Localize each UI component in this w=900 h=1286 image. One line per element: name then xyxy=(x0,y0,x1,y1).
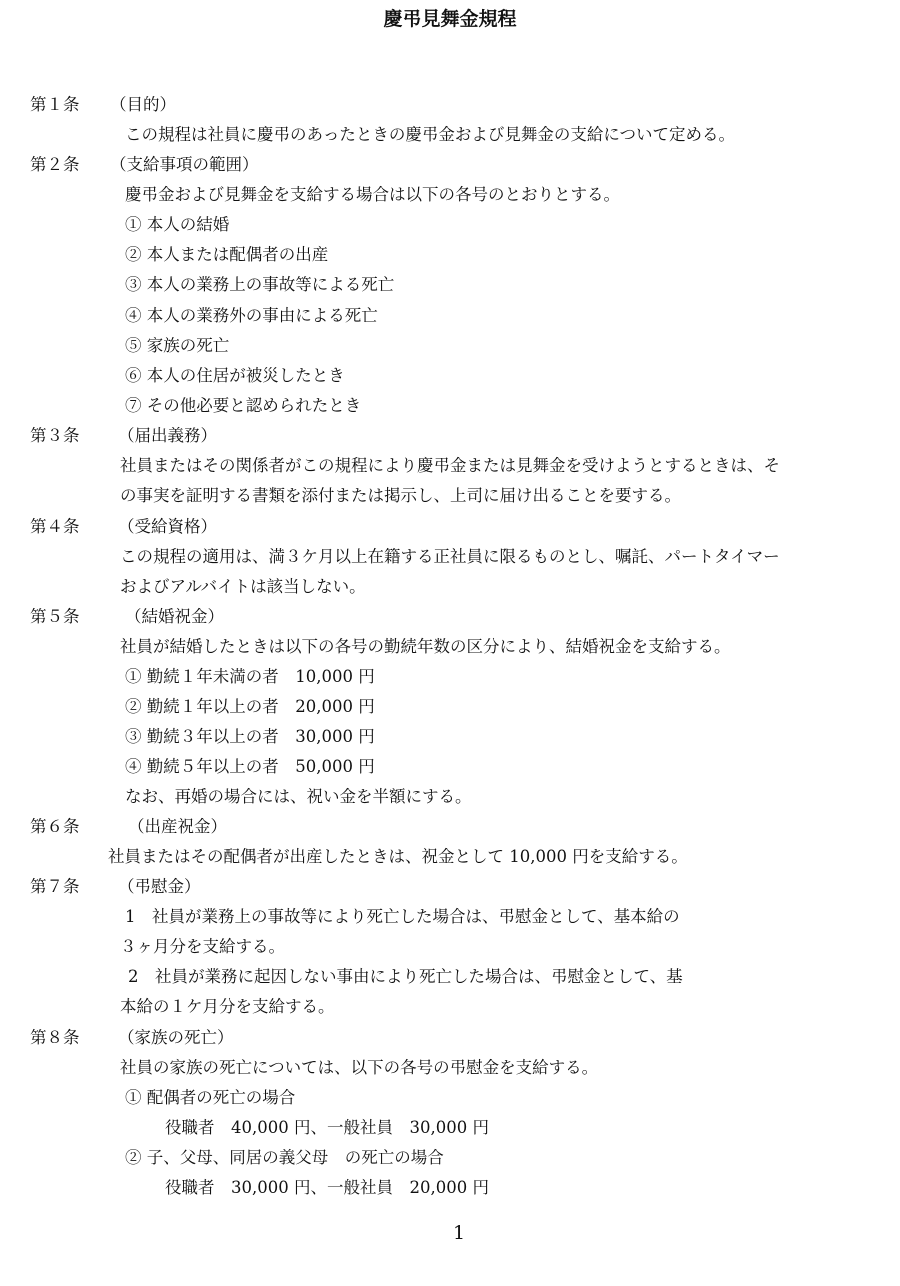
article-5-heading: （結婚祝金） xyxy=(125,607,224,627)
article-3-number: 第３条 xyxy=(30,426,80,446)
article-6-text: 社員またはその配偶者が出産したときは、祝金として 10,000 円を支給する。 xyxy=(108,847,688,867)
article-5-text: 社員が結婚したときは以下の各号の勤続年数の区分により、結婚祝金を支給する。 xyxy=(120,637,731,657)
article-4-number: 第４条 xyxy=(30,517,80,537)
document-page: 慶弔見舞金規程 第１条 （目的） この規程は社員に慶弔のあったときの慶弔金および… xyxy=(0,0,900,1286)
article-7-clause-2-line-1: 2 社員が業務に起因しない事由により死亡した場合は、弔慰金として、基 xyxy=(128,967,683,987)
article-1-number: 第１条 xyxy=(30,95,80,115)
article-8-item-1-amounts: 役職者 40,000 円、一般社員 30,000 円 xyxy=(165,1118,489,1138)
article-1-text: この規程は社員に慶弔のあったときの慶弔金および見舞金の支給について定める。 xyxy=(125,125,735,145)
article-4-heading: （受給資格） xyxy=(118,517,217,537)
article-7-heading: （弔慰金） xyxy=(118,877,201,897)
article-2-heading: （支給事項の範囲） xyxy=(110,155,259,175)
article-2-item-7: ⑦ その他必要と認められたとき xyxy=(125,396,361,416)
article-8-item-2-amounts: 役職者 30,000 円、一般社員 20,000 円 xyxy=(165,1178,489,1198)
article-2-item-6: ⑥ 本人の住居が被災したとき xyxy=(125,366,345,386)
article-7-clause-2-line-2: 本給の１ケ月分を支給する。 xyxy=(120,997,335,1017)
article-8-item-1: ① 配偶者の死亡の場合 xyxy=(125,1088,295,1108)
article-5-number: 第５条 xyxy=(30,607,80,627)
article-2-number: 第２条 xyxy=(30,155,80,175)
article-5-item-3: ③ 勤続３年以上の者 30,000 円 xyxy=(125,727,375,747)
article-4-text-line-1: この規程の適用は、満３ケ月以上在籍する正社員に限るものとし、嘱託、パートタイマー xyxy=(120,547,780,567)
article-3-text-line-1: 社員またはその関係者がこの規程により慶弔金または見舞金を受けようとするときは、そ xyxy=(120,456,780,476)
article-8-number: 第８条 xyxy=(30,1028,80,1048)
article-5-note: なお、再婚の場合には、祝い金を半額にする。 xyxy=(125,787,472,807)
article-2-item-4: ④ 本人の業務外の事由による死亡 xyxy=(125,306,378,326)
article-3-heading: （届出義務） xyxy=(118,426,217,446)
page-number: 1 xyxy=(0,1222,900,1244)
article-7-number: 第７条 xyxy=(30,877,80,897)
article-8-item-2: ② 子、父母、同居の義父母 の死亡の場合 xyxy=(125,1148,444,1168)
article-2-item-2: ② 本人または配偶者の出産 xyxy=(125,245,328,265)
article-6-heading: （出産祝金） xyxy=(128,817,227,837)
article-7-clause-1-line-1: 1 社員が業務上の事故等により死亡した場合は、弔慰金として、基本給の xyxy=(125,907,680,927)
article-2-item-1: ① 本人の結婚 xyxy=(125,215,229,235)
article-5-item-4: ④ 勤続５年以上の者 50,000 円 xyxy=(125,757,375,777)
document-title: 慶弔見舞金規程 xyxy=(0,4,900,31)
article-7-clause-1-line-2: ３ヶ月分を支給する。 xyxy=(120,937,285,957)
article-3-text-line-2: の事実を証明する書類を添付または掲示し、上司に届け出ることを要する。 xyxy=(120,486,681,506)
article-5-item-1: ① 勤続１年未満の者 10,000 円 xyxy=(125,667,375,687)
article-8-heading: （家族の死亡） xyxy=(118,1028,234,1048)
article-6-number: 第６条 xyxy=(30,817,80,837)
article-2-item-3: ③ 本人の業務上の事故等による死亡 xyxy=(125,275,394,295)
article-8-text: 社員の家族の死亡については、以下の各号の弔慰金を支給する。 xyxy=(120,1058,598,1078)
article-2-item-5: ⑤ 家族の死亡 xyxy=(125,336,229,356)
article-1-heading: （目的） xyxy=(110,95,176,115)
article-5-item-2: ② 勤続１年以上の者 20,000 円 xyxy=(125,697,375,717)
article-4-text-line-2: およびアルバイトは該当しない。 xyxy=(120,577,366,597)
article-2-text: 慶弔金および見舞金を支給する場合は以下の各号のとおりとする。 xyxy=(125,185,620,205)
